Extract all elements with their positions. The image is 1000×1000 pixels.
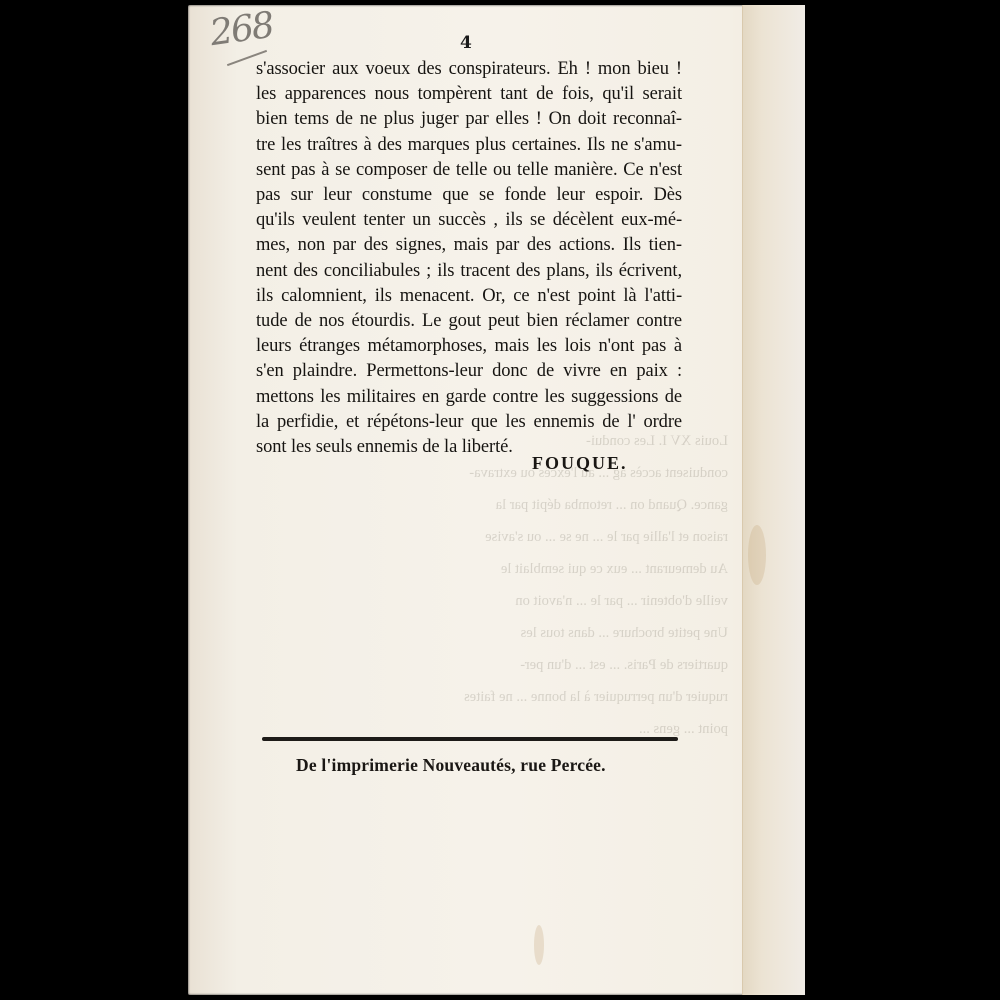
text-line: mes, non par des signes, mais par des ac… (256, 233, 682, 258)
horizontal-rule (262, 737, 678, 741)
text-line: s'en plaindre. Permettons-leur donc de v… (256, 359, 682, 384)
text-line: pas sur leur constume que se fonde leur … (256, 183, 682, 208)
text-line: les apparences nous tompèrent tant de fo… (256, 82, 682, 107)
document-page: Louis XV I. Les condui- conduisent accès… (188, 5, 804, 995)
text-line: tre les traîtres à des marques plus cert… (256, 133, 682, 158)
text-line: bien tems de ne plus juger par elles ! O… (256, 107, 682, 132)
show-through-text: Louis XV I. Les condui- conduisent accès… (258, 425, 728, 885)
printer-imprint: De l'imprimerie Nouveautés, rue Percée. (296, 755, 606, 776)
text-line: qu'ils veulent tenter un succès , ils se… (256, 208, 682, 233)
text-line: nent des conciliabules ; ils tracent des… (256, 259, 682, 284)
foxing-stain (748, 525, 766, 585)
foxing-stain (534, 925, 544, 965)
text-line: s'associer aux voeux des conspirateurs. … (256, 57, 682, 82)
text-line: leurs étranges métamorphoses, mais les l… (256, 334, 682, 359)
text-line: la perfidie, et répétons-leur que les en… (256, 410, 682, 435)
text-line: tude de nos étourdis. Le gout peut bien … (256, 309, 682, 334)
text-line: ils calomnient, ils menacent. Or, ce n'e… (256, 284, 682, 309)
body-text: s'associer aux voeux des conspirateurs. … (256, 57, 682, 460)
signature: FOUQUE. (532, 453, 628, 474)
page-fold-strip (742, 5, 805, 995)
archive-pencil-mark: 268 (207, 5, 275, 54)
text-line: mettons les militaires en garde contre l… (256, 385, 682, 410)
page-number: 4 (460, 33, 472, 53)
text-line: sent pas à se composer de telle ou telle… (256, 158, 682, 183)
